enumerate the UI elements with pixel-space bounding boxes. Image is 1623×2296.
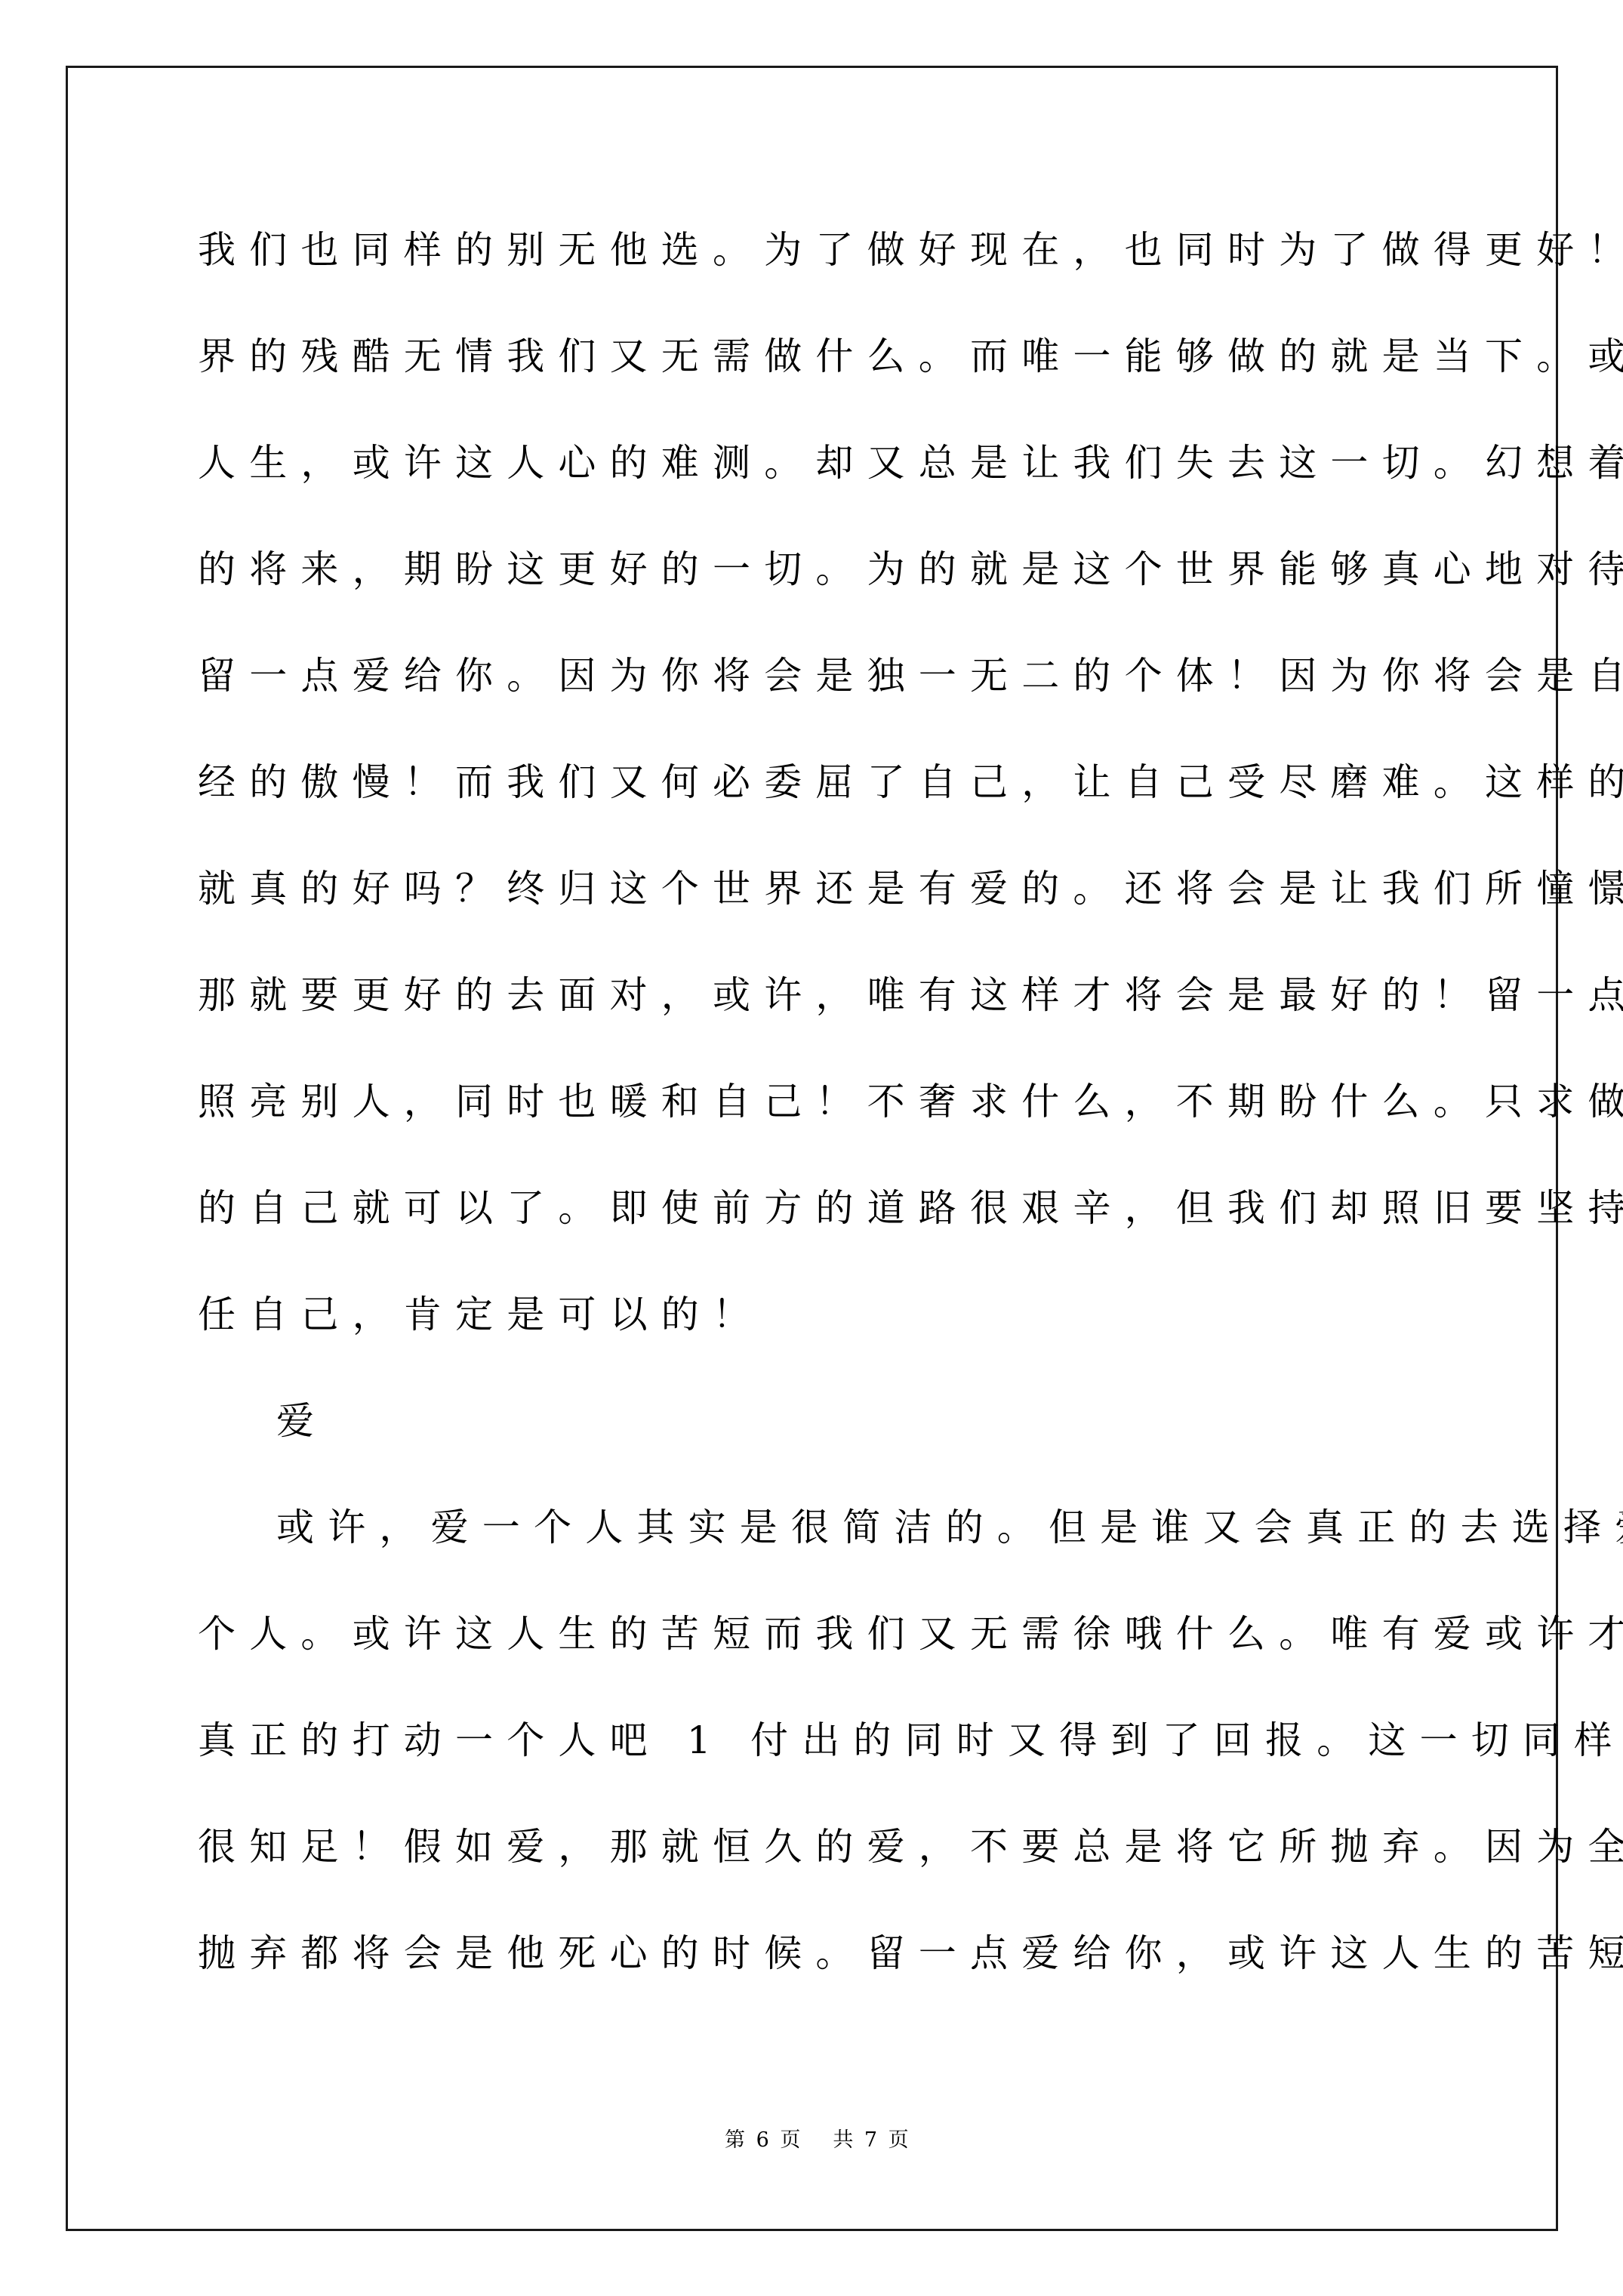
text-line: 经的傲慢！而我们又何必委屈了自己，让自己受尽磨难。这样的我们， (198, 760, 1623, 805)
text-line: 很知足！假如爱，那就恒久的爱，不要总是将它所抛弃。因为全部的 (198, 1824, 1623, 1869)
text-line: 的将来，期盼这更好的一切。为的就是这个世界能够真心地对待你。 (198, 547, 1623, 592)
text-line: 人生，或许这人心的难测。却又总是让我们失去这一切。幻想着明天 (198, 440, 1623, 485)
text-line: 照亮别人，同时也暖和自己！不奢求什么，不期盼什么。只求做最好 (198, 1079, 1623, 1124)
text-line: 界的残酷无情我们又无需做什么。而唯一能够做的就是当下。或许这 (198, 334, 1623, 379)
text-line: 任自己，肯定是可以的！ (198, 1292, 764, 1337)
text-line: 留一点爱给你。因为你将会是独一无二的个体！因为你将会是自己曾 (198, 653, 1623, 698)
page-footer: 第 6 页共 7 页 (725, 2128, 911, 2153)
text-line: 就真的好吗？终归这个世界还是有爱的。还将会是让我们所憧憬的 1 (198, 866, 1623, 911)
page-border (66, 66, 1558, 2231)
text-line: 那就要更好的去面对，或许，唯有这样才将会是最好的！留一点给你， (198, 972, 1623, 1018)
text-line: 我们也同样的别无他选。为了做好现在，也同时为了做得更好！这世 (198, 227, 1623, 273)
text-line: 真正的打动一个人吧 1 付出的同时又得到了回报。这一切同样地感到 (198, 1718, 1623, 1763)
text-line: 的自己就可以了。即使前方的道路很艰辛，但我们却照旧要坚持，信 (198, 1185, 1623, 1231)
section-heading: 爱 (276, 1398, 328, 1444)
current-page-label: 第 6 页 (725, 2128, 802, 2152)
text-line: 抛弃都将会是他死心的时候。留一点爱给你，或许这人生的苦短却唯 (198, 1931, 1623, 1976)
text-line: 或许，爱一个人其实是很简洁的。但是谁又会真正的去选择爱一 (276, 1505, 1623, 1550)
total-pages-label: 共 7 页 (833, 2128, 910, 2152)
text-line: 个人。或许这人生的苦短而我们又无需徐哦什么。唯有爱或许才能够 (198, 1611, 1623, 1657)
